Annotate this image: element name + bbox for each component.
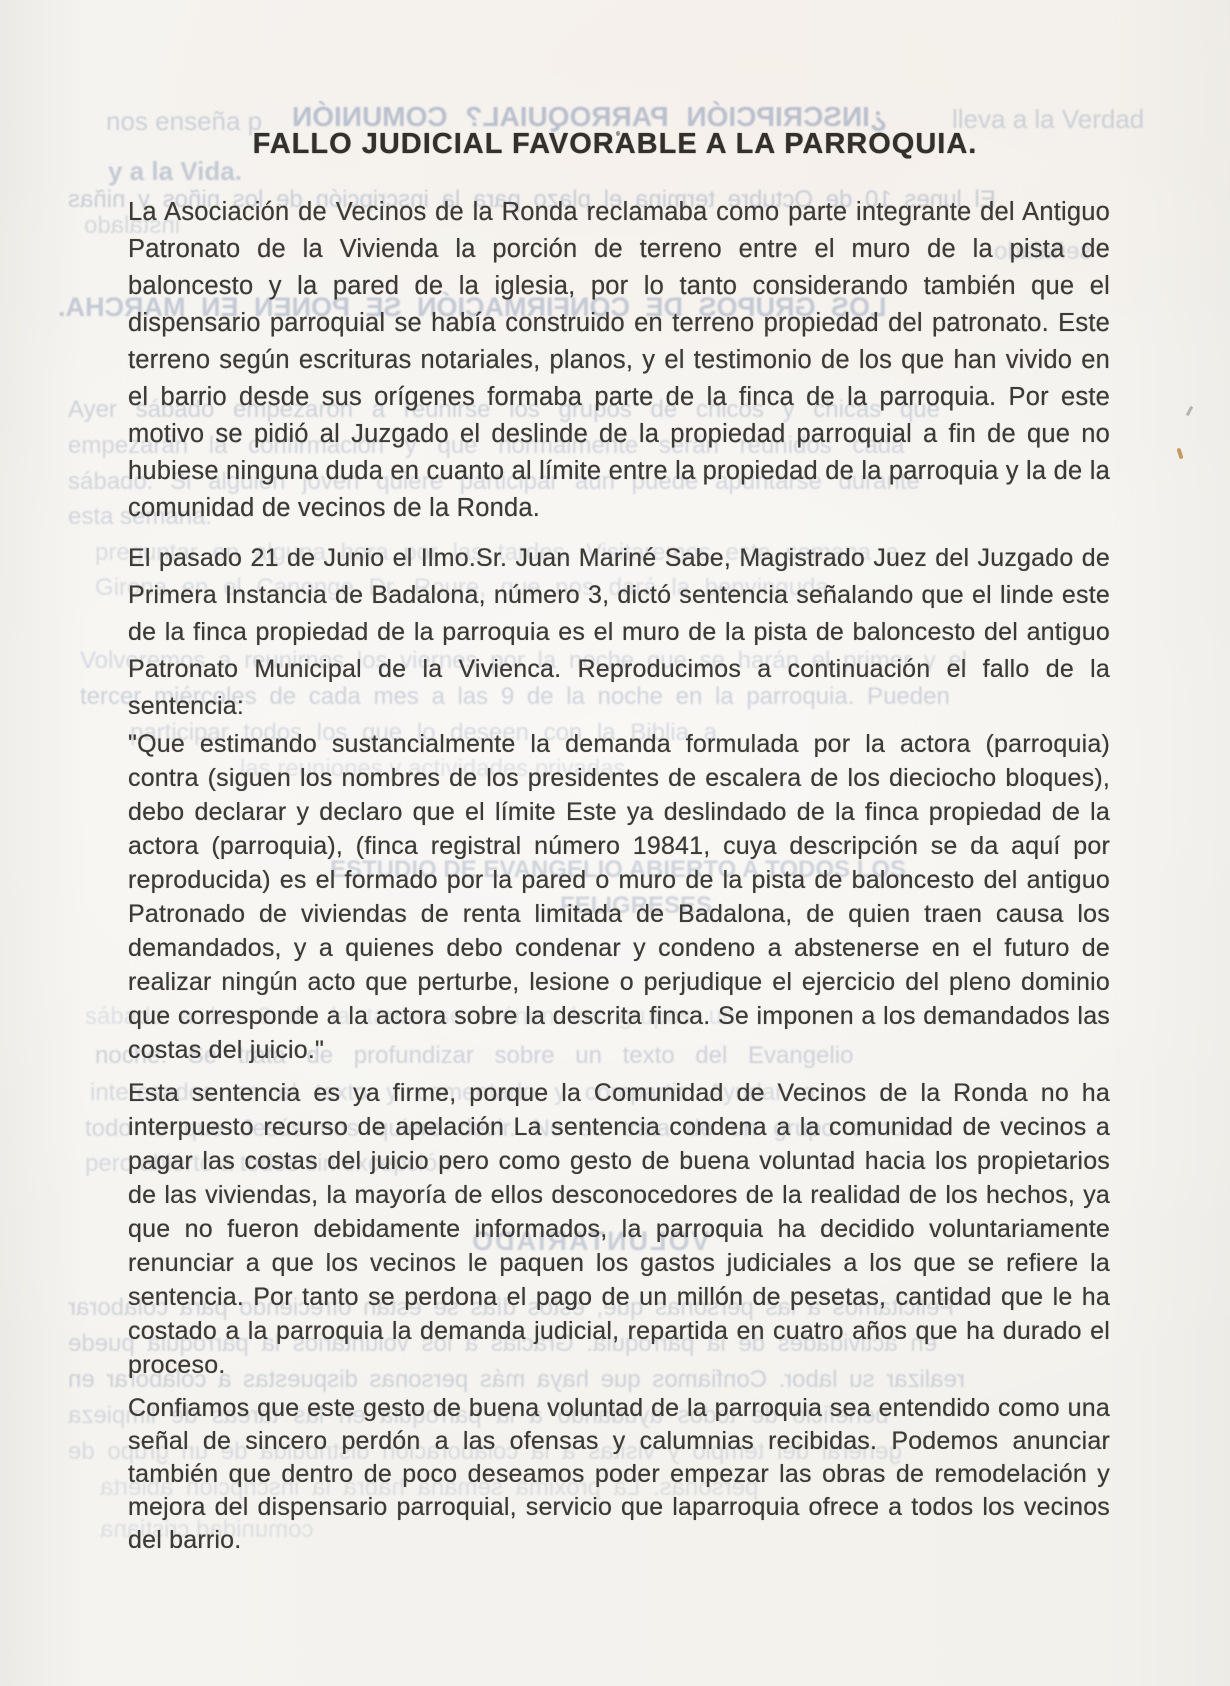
paragraph-sentence-intro: El pasado 21 de Junio el Ilmo.Sr. Juan M… bbox=[128, 540, 1110, 725]
paragraph-claim: La Asociación de Vecinos de la Ronda rec… bbox=[128, 194, 1110, 527]
scan-speck bbox=[1176, 448, 1183, 460]
document-title: FALLO JUDICIAL FAVORABLE A LA PARROQUIA. bbox=[0, 128, 1230, 161]
paragraph-firm-sentence: Esta sentencia es ya firme, porque la Co… bbox=[128, 1076, 1110, 1382]
paragraph-ruling-quote: "Que estimando sustancialmente la demand… bbox=[128, 727, 1110, 1067]
paragraph-goodwill: Confiamos que este gesto de buena volunt… bbox=[128, 1392, 1110, 1557]
scan-speck bbox=[1186, 406, 1193, 416]
scanned-page: nos enseña p ¿INSCRIPCIÓN PARROQUIAL? CO… bbox=[0, 0, 1230, 1686]
